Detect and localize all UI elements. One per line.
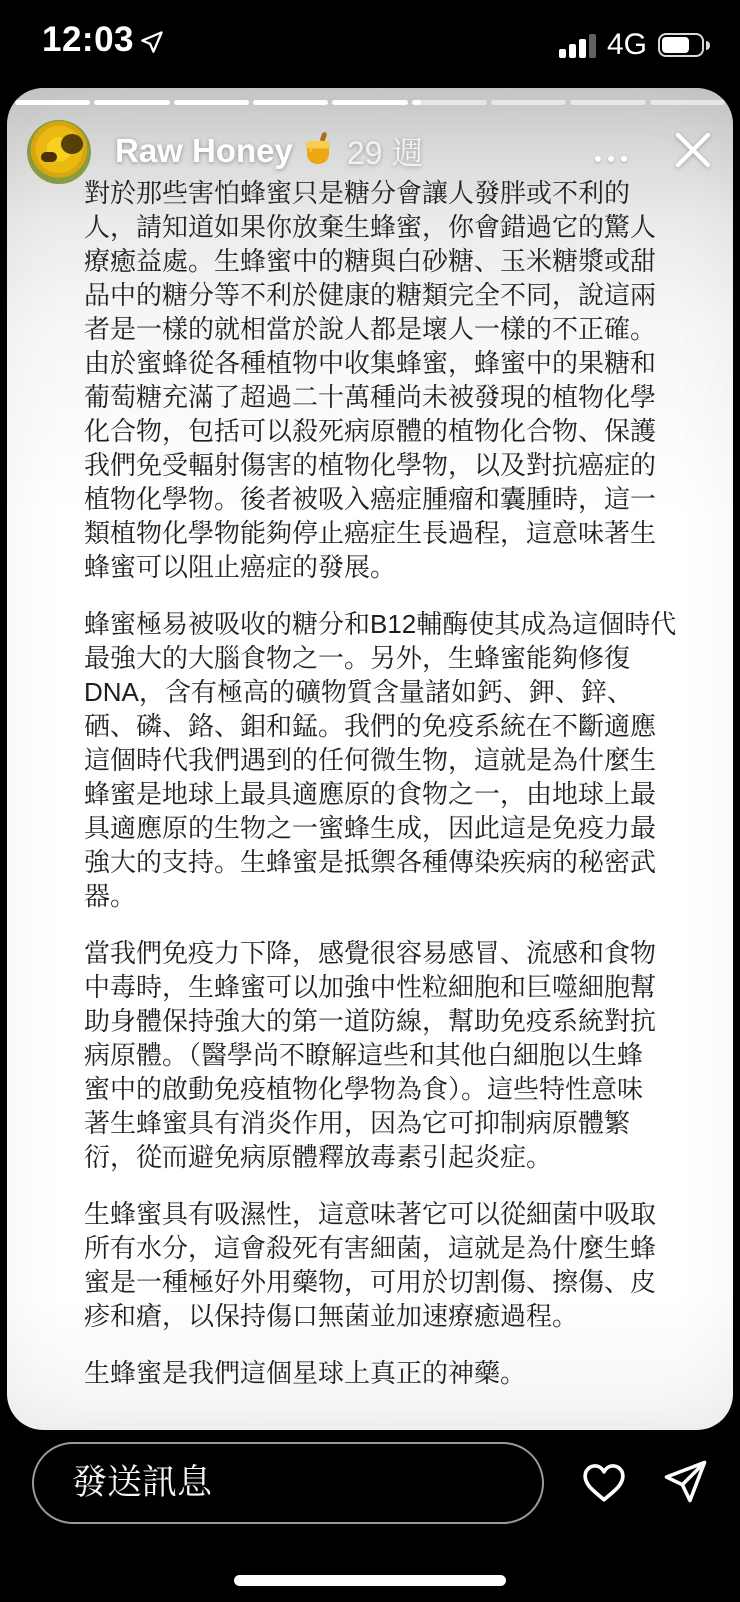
- more-options-button[interactable]: [587, 148, 635, 170]
- cellular-signal-icon: [559, 32, 596, 58]
- signal-bar: [569, 44, 576, 58]
- text-line: 類植物化學物能夠停止癌症生長過程，這意味著生: [84, 516, 673, 550]
- text-line: 具適應原的生物之一蜜蜂生成，因此這是免疫力最: [84, 811, 673, 845]
- heart-icon: [578, 1456, 630, 1511]
- text-line: 人，請知道如果你放棄生蜂蜜，你會錯過它的驚人: [84, 210, 673, 244]
- paragraph: 生蜂蜜具有吸濕性，這意味著它可以從細菌中吸取所有水分，這會殺死有害細菌，這就是為…: [84, 1197, 673, 1333]
- paragraph: 當我們免疫力下降，感覺很容易感冒、流感和食物中毒時，生蜂蜜可以加強中性粒細胞和巨…: [84, 936, 673, 1174]
- user-row[interactable]: Raw Honey 29 週: [115, 128, 423, 174]
- home-indicator[interactable]: [234, 1575, 506, 1586]
- progress-segment: [332, 100, 407, 105]
- text-line: 所有水分，這會殺死有害細菌，這就是為什麼生蜂: [84, 1231, 673, 1265]
- dot: [608, 156, 614, 162]
- text-line: 化合物，包括可以殺死病原體的植物化合物、保護: [84, 414, 673, 448]
- text-line: 者是一樣的就相當於說人都是壞人一樣的不正確。: [84, 312, 673, 346]
- status-bar: 12:03 4G: [0, 0, 740, 88]
- text-line: 蜜中的啟動免疫植物化學物為食）。這些特性意味: [84, 1072, 673, 1106]
- text-line: 這個時代我們遇到的任何微生物，這就是為什麼生: [84, 743, 673, 777]
- message-input-pill[interactable]: [32, 1442, 544, 1524]
- text-line: 對於那些害怕蜂蜜只是糖分會讓人發胖或不利的: [84, 176, 673, 210]
- network-type-label: 4G: [607, 28, 647, 62]
- text-line: 蜂蜜可以阻止癌症的發展。: [84, 550, 673, 584]
- text-line: 病原體。（醫學尚不瞭解這些和其他白細胞以生蜂: [84, 1038, 673, 1072]
- text-line: 助身體保持強大的第一道防線，幫助免疫系統對抗: [84, 1004, 673, 1038]
- story-timestamp: 29 週: [347, 128, 424, 174]
- message-input[interactable]: [72, 1463, 504, 1503]
- text-line: 器。: [84, 879, 673, 913]
- progress-segment: [412, 100, 487, 105]
- progress-segment: [650, 100, 725, 105]
- clock: 12:03: [42, 20, 134, 60]
- text-line: 由於蜜蜂從各種植物中收集蜂蜜，蜂蜜中的果糖和: [84, 346, 673, 380]
- dot: [621, 156, 627, 162]
- text-line: 當我們免疫力下降，感覺很容易感冒、流感和食物: [84, 936, 673, 970]
- honey-pot-icon: [300, 131, 336, 172]
- dot: [595, 156, 601, 162]
- avatar[interactable]: [27, 120, 91, 184]
- text-line: 蜂蜜極易被吸收的糖分和B12輔酶使其成為這個時代: [84, 607, 673, 641]
- text-line: 中毒時，生蜂蜜可以加強中性粒細胞和巨噬細胞幫: [84, 970, 673, 1004]
- text-line: 品中的糖分等不利於健康的糖類完全不同，說這兩: [84, 278, 673, 312]
- text-line: 強大的支持。生蜂蜜是抵禦各種傳染疾病的秘密武: [84, 845, 673, 879]
- close-icon: [671, 128, 715, 177]
- username[interactable]: Raw Honey: [115, 132, 293, 170]
- text-line: 葡萄糖充滿了超過二十萬種尚未被發現的植物化學: [84, 380, 673, 414]
- text-line: 衍，從而避免病原體釋放毒素引起炎症。: [84, 1140, 673, 1174]
- text-line: 硒、磷、鉻、鉬和錳。我們的免疫系統在不斷適應: [84, 709, 673, 743]
- text-line: 蜂蜜是地球上最具適應原的食物之一，由地球上最: [84, 777, 673, 811]
- progress-segment: [491, 100, 566, 105]
- story-reply-bar: [32, 1440, 714, 1526]
- battery-icon: [658, 31, 714, 59]
- send-paper-plane-icon: [660, 1457, 710, 1510]
- paragraph: 生蜂蜜是我們這個星球上真正的神藥。: [84, 1356, 673, 1390]
- signal-bar: [559, 49, 566, 58]
- close-button[interactable]: [669, 128, 717, 176]
- text-line: 疹和瘡，以保持傷口無菌並加速療癒過程。: [84, 1299, 673, 1333]
- text-line: 著生蜂蜜具有消炎作用，因為它可抑制病原體繁: [84, 1106, 673, 1140]
- paragraph: 蜂蜜極易被吸收的糖分和B12輔酶使其成為這個時代最強大的大腦食物之一。另外，生蜂…: [84, 607, 673, 913]
- status-bar-right: 4G: [559, 28, 714, 62]
- text-line: 我們免受輻射傷害的植物化學物，以及對抗癌症的: [84, 448, 673, 482]
- text-line: 蜜是一種極好外用藥物，可用於切割傷、擦傷、皮: [84, 1265, 673, 1299]
- text-line: 療癒益處。生蜂蜜中的糖與白砂糖、玉米糖漿或甜: [84, 244, 673, 278]
- location-services-icon: [138, 29, 165, 61]
- share-button[interactable]: [660, 1457, 710, 1510]
- story-text: 對於那些害怕蜂蜜只是糖分會讓人發胖或不利的人，請知道如果你放棄生蜂蜜，你會錯過它…: [84, 176, 673, 1413]
- progress-segment: [15, 100, 90, 105]
- signal-bar: [579, 39, 586, 58]
- battery-tip: [706, 41, 710, 50]
- text-line: 生蜂蜜具有吸濕性，這意味著它可以從細菌中吸取: [84, 1197, 673, 1231]
- signal-bar: [589, 34, 596, 58]
- battery-fill: [662, 37, 689, 53]
- story-progress-bar: [15, 100, 725, 105]
- progress-segment: [253, 100, 328, 105]
- text-line: 生蜂蜜是我們這個星球上真正的神藥。: [84, 1356, 673, 1390]
- paragraph: 對於那些害怕蜂蜜只是糖分會讓人發胖或不利的人，請知道如果你放棄生蜂蜜，你會錯過它…: [84, 176, 673, 584]
- progress-segment: [570, 100, 645, 105]
- story-card[interactable]: Raw Honey 29 週: [7, 88, 733, 1430]
- progress-segment: [94, 100, 169, 105]
- like-button[interactable]: [578, 1456, 630, 1511]
- progress-segment: [174, 100, 249, 105]
- text-line: 最強大的大腦食物之一。另外，生蜂蜜能夠修復: [84, 641, 673, 675]
- text-line: DNA，含有極高的礦物質含量諸如鈣、鉀、鋅、: [84, 675, 673, 709]
- text-line: 植物化學物。後者被吸入癌症腫瘤和囊腫時，這一: [84, 482, 673, 516]
